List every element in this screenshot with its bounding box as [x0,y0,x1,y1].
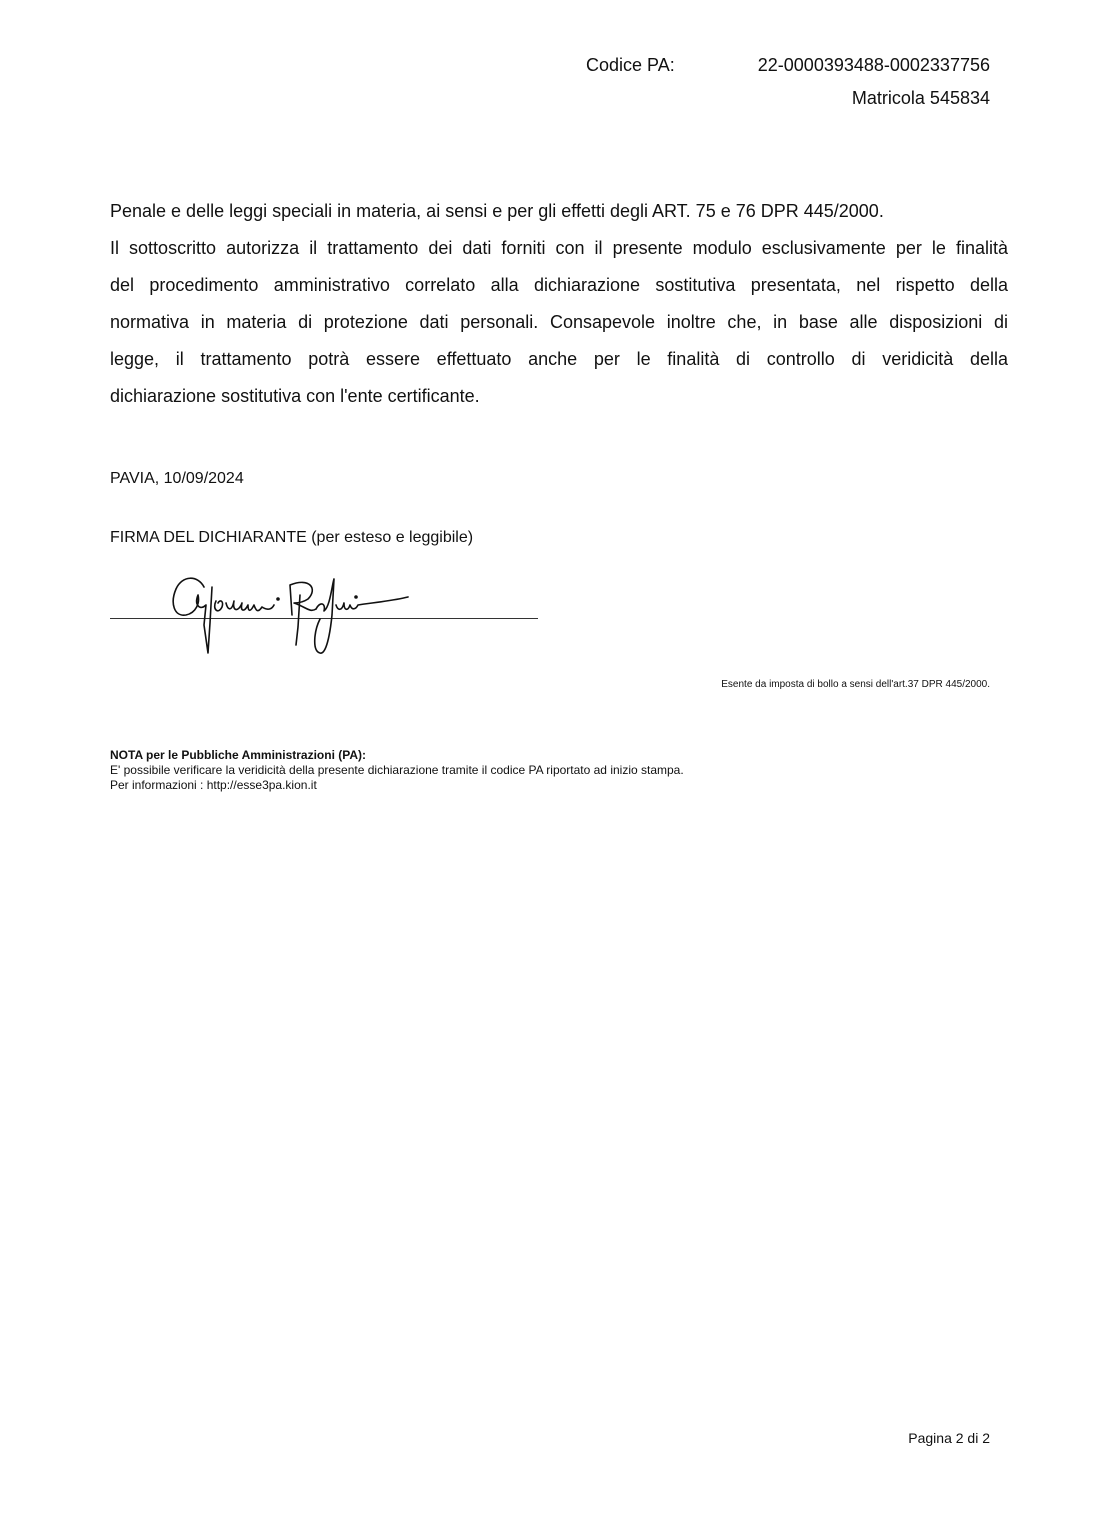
place-date: PAVIA, 10/09/2024 [110,470,244,488]
body-line: Il sottoscritto autorizza il trattamento… [110,230,1008,267]
body-line: normativa in materia di protezione dati … [110,304,1008,341]
page-number: Pagina 2 di 2 [908,1430,990,1446]
signature-icon [160,565,420,660]
body-line: del procedimento amministrativo correlat… [110,267,1008,304]
declaration-body: Penale e delle leggi speciali in materia… [110,193,1008,415]
pa-note-title: NOTA per le Pubbliche Amministrazioni (P… [110,748,684,763]
signature-label: FIRMA DEL DICHIARANTE (per esteso e legg… [110,529,473,547]
stamp-duty-exemption-note: Esente da imposta di bollo a sensi dell'… [721,679,990,690]
body-line: legge, il trattamento potrà essere effet… [110,341,1008,378]
pa-note: NOTA per le Pubbliche Amministrazioni (P… [110,748,684,793]
matricola: Matricola 545834 [852,87,990,109]
codice-pa-value: 22-0000393488-0002337756 [758,54,990,76]
body-line: dichiarazione sostitutiva con l'ente cer… [110,378,1008,415]
pa-note-info-link: Per informazioni : http://esse3pa.kion.i… [110,778,684,793]
body-line: Penale e delle leggi speciali in materia… [110,193,1008,230]
codice-pa-label: Codice PA: [586,54,675,76]
pa-note-line: E' possibile verificare la veridicità de… [110,763,684,778]
